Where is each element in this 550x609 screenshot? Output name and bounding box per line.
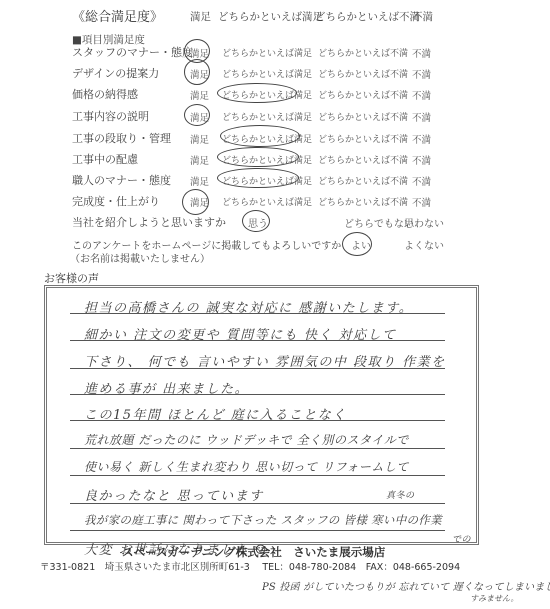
column-header-somewhat-satisfied: どちらかといえば満足 <box>218 9 323 24</box>
option-somewhat-dissatisfied[interactable]: どちらかといえば不満 <box>318 67 408 80</box>
option-somewhat-dissatisfied[interactable]: どちらかといえば不満 <box>318 153 408 166</box>
item-label: 工事内容の説明 <box>72 108 149 124</box>
column-header-satisfied: 満足 <box>190 9 211 24</box>
handwritten-line: 良かったなと 思っています <box>84 485 264 504</box>
option-dissatisfied[interactable]: 不満 <box>412 174 431 188</box>
ruled-line <box>70 530 445 531</box>
option-dissatisfied[interactable]: 不満 <box>412 153 431 167</box>
option-somewhat-dissatisfied[interactable]: どちらかといえば不満 <box>318 88 408 101</box>
column-header-somewhat-dissatisfied: どちらかといえば不満 <box>315 9 420 24</box>
option-somewhat-satisfied[interactable]: どちらかといえば満足 <box>222 88 312 101</box>
item-label: デザインの提案力 <box>72 65 159 81</box>
option-satisfied[interactable]: 満足 <box>190 46 209 60</box>
option-satisfied[interactable]: 満足 <box>190 195 209 209</box>
option-somewhat-satisfied[interactable]: どちらかといえば満足 <box>222 195 312 208</box>
option-dissatisfied[interactable]: 不満 <box>412 88 431 102</box>
option-somewhat-satisfied[interactable]: どちらかといえば満足 <box>222 110 312 123</box>
option-satisfied[interactable]: 満足 <box>190 174 209 188</box>
item-label: 価格の納得感 <box>72 86 138 102</box>
publish-note: （お名前は掲載いたしません） <box>70 250 210 265</box>
handwritten-ps: PS 投函 がしていたつもりが 忘れていて 遅くなってしまいました <box>262 578 550 593</box>
option-somewhat-dissatisfied[interactable]: どちらかといえば不満 <box>318 132 408 145</box>
option-satisfied[interactable]: 満足 <box>190 132 209 146</box>
handwritten-line: 進める事が 出来ました。 <box>84 378 249 397</box>
ruled-line <box>70 448 445 449</box>
handwritten-ps: すみません。 <box>470 593 518 604</box>
referral-option-no[interactable]: 思わない <box>404 215 444 230</box>
handwritten-line: 荒れ放題 だったのに ウッドデッキで 全く別のスタイルで <box>84 431 409 448</box>
item-label: スタッフのマナー・態度 <box>72 44 193 60</box>
overall-satisfaction-title: 《総合満足度》 <box>72 6 163 25</box>
option-dissatisfied[interactable]: 不満 <box>412 132 431 146</box>
referral-question: 当社を紹介しようと思いますか <box>72 214 226 230</box>
option-somewhat-satisfied[interactable]: どちらかといえば満足 <box>222 174 312 187</box>
option-satisfied[interactable]: 満足 <box>190 110 209 124</box>
item-label: 工事中の配慮 <box>72 151 138 167</box>
column-header-dissatisfied: 不満 <box>412 9 433 24</box>
handwritten-line: この15年間 ほとんど 庭に入ることなく <box>84 404 347 423</box>
handwritten-insertion: での <box>452 532 471 545</box>
referral-option-yes[interactable]: 思う <box>248 215 268 230</box>
option-somewhat-satisfied[interactable]: どちらかといえば満足 <box>222 67 312 80</box>
option-dissatisfied[interactable]: 不満 <box>412 46 431 60</box>
company-address: 〒331-0821 埼玉県さいたま市北区別所町61-3 TEL：048-780-… <box>40 559 460 573</box>
option-satisfied[interactable]: 満足 <box>190 153 209 167</box>
handwritten-line: 担当の高橋さんの 誠実な対応に 感謝いたします。 <box>84 297 413 316</box>
publish-option-yes[interactable]: よい <box>351 237 371 252</box>
handwritten-insertion: 真冬の <box>386 488 415 501</box>
option-somewhat-satisfied[interactable]: どちらかといえば満足 <box>222 132 312 145</box>
item-label: 完成度・仕上がり <box>72 193 160 209</box>
company-name: スペースガーデニング株式会社 さいたま展示場店 <box>122 544 385 560</box>
option-somewhat-dissatisfied[interactable]: どちらかといえば不満 <box>318 195 408 208</box>
option-satisfied[interactable]: 満足 <box>190 88 209 102</box>
option-dissatisfied[interactable]: 不満 <box>412 67 431 81</box>
option-dissatisfied[interactable]: 不満 <box>412 110 431 124</box>
ruled-line <box>70 475 445 476</box>
handwritten-line: 我が家の庭工事に 関わって下さった スタッフの 皆様 寒い中の作業 <box>84 512 442 528</box>
option-somewhat-dissatisfied[interactable]: どちらかといえば不満 <box>318 110 408 123</box>
publish-option-no[interactable]: よくない <box>404 237 444 252</box>
option-somewhat-dissatisfied[interactable]: どちらかといえば不満 <box>318 46 408 59</box>
option-somewhat-satisfied[interactable]: どちらかといえば満足 <box>222 46 312 59</box>
item-label: 職人のマナー・態度 <box>72 172 171 188</box>
customer-voice-title: お客様の声 <box>44 270 99 286</box>
option-somewhat-satisfied[interactable]: どちらかといえば満足 <box>222 153 312 166</box>
option-somewhat-dissatisfied[interactable]: どちらかといえば不満 <box>318 174 408 187</box>
option-dissatisfied[interactable]: 不満 <box>412 195 431 209</box>
item-label: 工事の段取り・管理 <box>72 130 171 146</box>
option-satisfied[interactable]: 満足 <box>190 67 209 81</box>
handwritten-line: 使い易く 新しく生まれ変わり 思い切って リフォームして <box>84 458 409 475</box>
handwritten-line: 下さり、 何でも 言いやすい 雰囲気の中 段取り 作業を <box>84 351 446 370</box>
handwritten-line: 細かい 注文の変更や 質問等にも 快く 対応して <box>84 324 397 343</box>
